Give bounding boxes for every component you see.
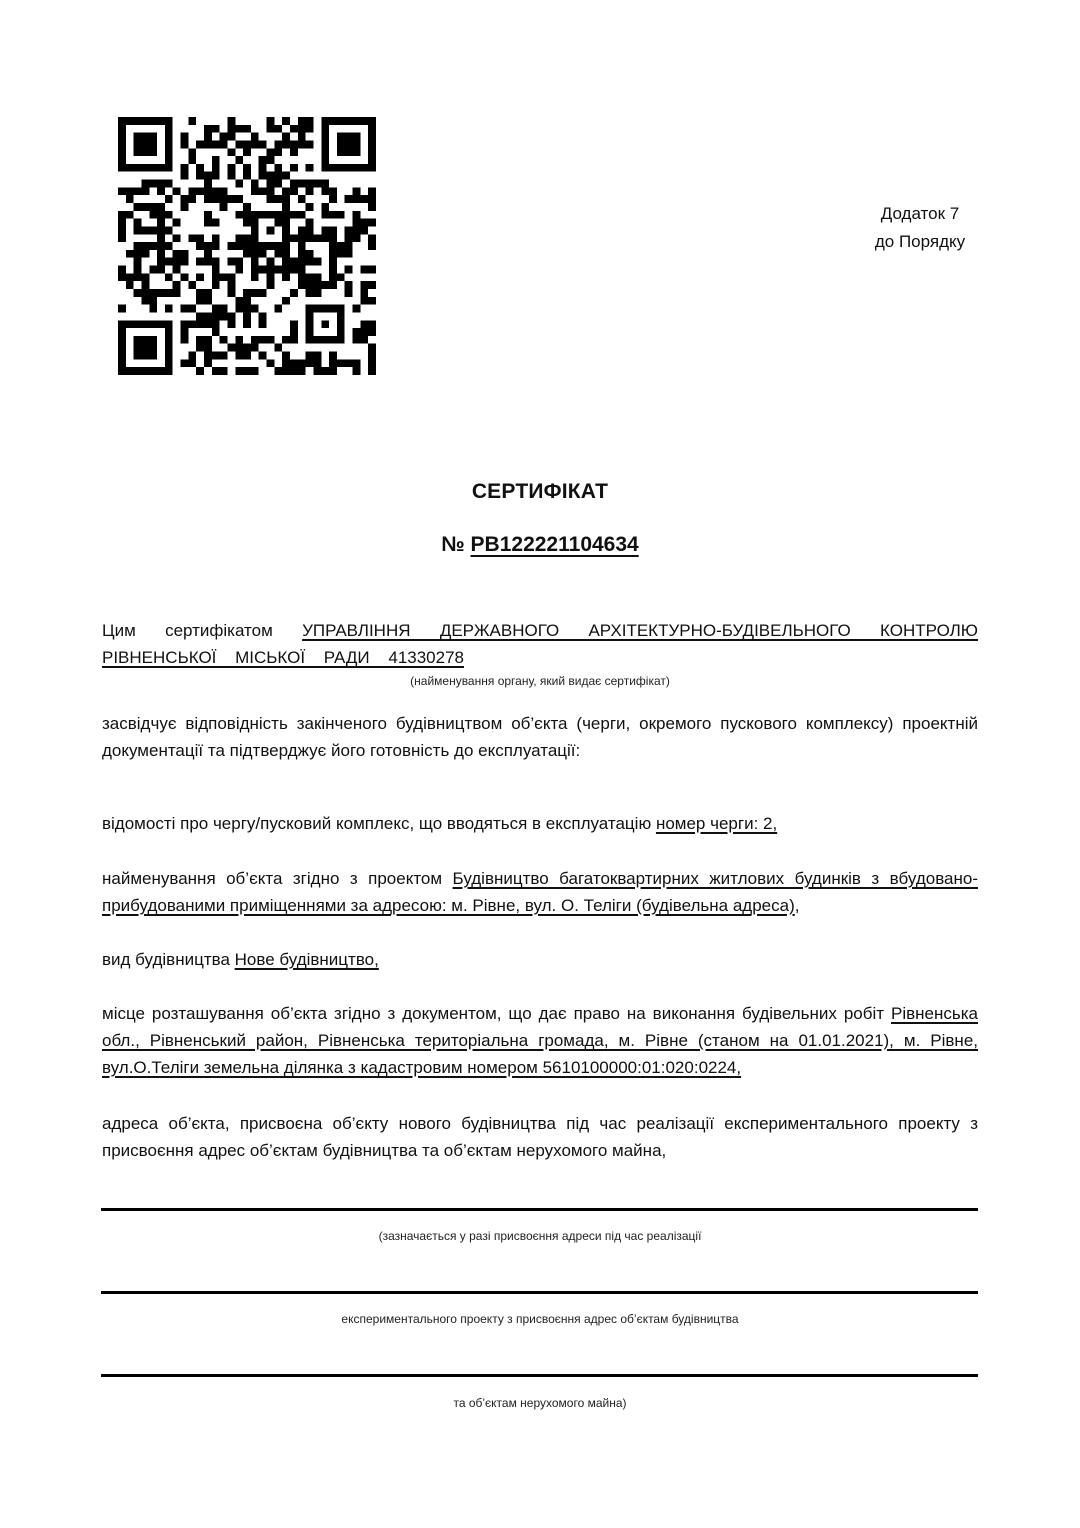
address-line-1 bbox=[101, 1208, 978, 1211]
queue-paragraph: відомості про чергу/пусковий комплекс, щ… bbox=[102, 810, 978, 837]
object-name-paragraph: найменування об’єкта згідно з проектом Б… bbox=[102, 865, 978, 919]
construction-type-paragraph: вид будівництва Нове будівництво, bbox=[102, 946, 978, 973]
object-name-suffix: , bbox=[795, 896, 800, 915]
construction-type-label: вид будівництва bbox=[102, 950, 230, 969]
queue-value: номер черги: 2, bbox=[656, 814, 777, 833]
address-line-2 bbox=[101, 1291, 978, 1294]
number-prefix: № bbox=[441, 533, 464, 556]
address-caption-1: (зазначається у разі присвоєння адреси п… bbox=[102, 1229, 978, 1243]
construction-type-value: Нове будівництво, bbox=[235, 950, 379, 969]
annex-note: Додаток 7 до Порядку bbox=[860, 200, 980, 256]
issuer-paragraph: Цим сертифікатом УПРАВЛІННЯ ДЕРЖАВНОГО А… bbox=[102, 617, 978, 671]
issuer-lead: Цим сертифікатом bbox=[102, 621, 273, 640]
annex-line-2: до Порядку bbox=[860, 228, 980, 256]
statement-paragraph: засвідчує відповідність закінченого буді… bbox=[102, 710, 978, 764]
certificate-number: № РВ122221104634 bbox=[0, 533, 1080, 557]
location-paragraph: місце розташування об’єкта згідно з доку… bbox=[102, 1000, 978, 1081]
address-caption-2: експериментального проекту з присвоєння … bbox=[102, 1312, 978, 1326]
certificate-number-value: РВ122221104634 bbox=[471, 533, 639, 556]
document-title: СЕРТИФІКАТ bbox=[0, 480, 1080, 504]
object-name-label: найменування об’єкта згідно з проектом bbox=[102, 869, 442, 888]
address-caption-3: та об’єктам нерухомого майна) bbox=[102, 1396, 978, 1410]
annex-line-1: Додаток 7 bbox=[860, 200, 980, 228]
qr-code-icon bbox=[118, 117, 376, 375]
queue-label: відомості про чергу/пусковий комплекс, щ… bbox=[102, 814, 651, 833]
location-label: місце розташування об’єкта згідно з доку… bbox=[102, 1004, 884, 1023]
issuer-caption: (найменування органу, який видає сертифі… bbox=[102, 674, 978, 688]
address-paragraph: адреса об’єкта, присвоєна об’єкту нового… bbox=[102, 1110, 978, 1164]
address-line-3 bbox=[101, 1374, 978, 1377]
